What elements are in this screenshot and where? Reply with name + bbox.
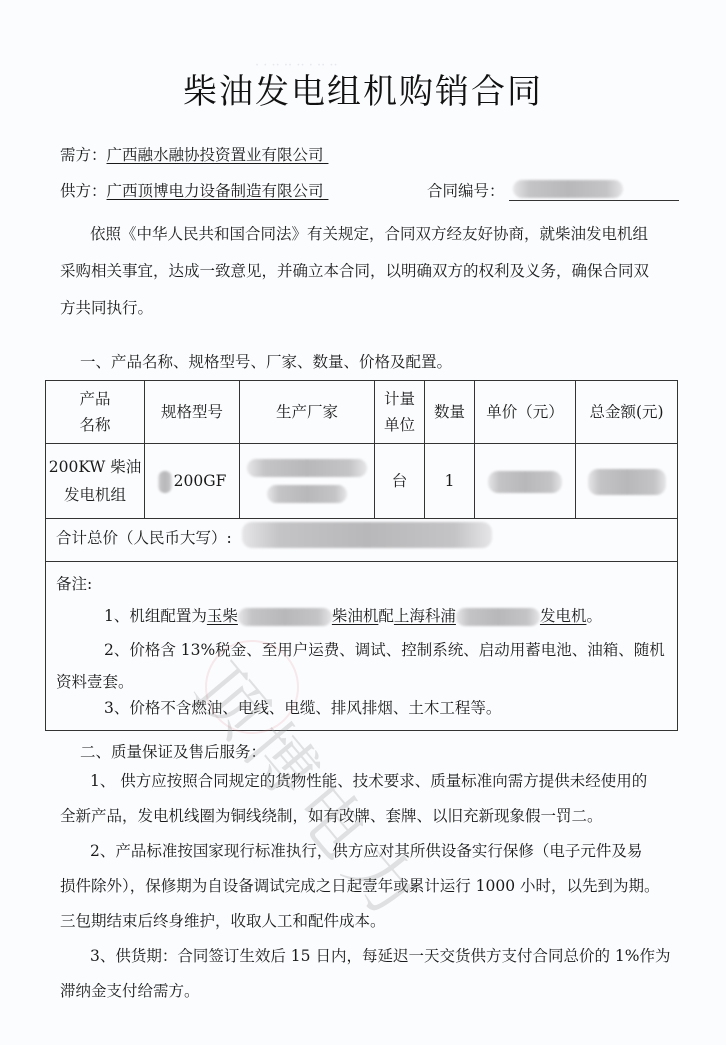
warranty-clause-2-end: 三包期结束后终身维护，收取人工和配件成本。 <box>60 904 672 939</box>
intro-line: 方共同执行。 <box>60 290 672 327</box>
remarks-box: 备注: 1、机组配置为玉柴柴油机配上海科浦发电机。 2、价格含 13%税金、至用… <box>45 562 678 731</box>
seller-name: 广西顶博电力设备制造有限公司 <box>107 182 324 200</box>
section2-heading: 二、质量保证及售后服务： <box>80 740 266 762</box>
contract-page: · · ·· ·· ·· · ·· ·· 柴油发电组机购销合同 需方：广西融水融… <box>0 0 726 1045</box>
cell-product-name: 200KW 柴油发电机组 <box>46 444 145 519</box>
contract-number-label: 合同编号： <box>427 182 505 200</box>
remark-3: 3、价格不含燃油、电线、电缆、排风排烟、土木工程等。 <box>104 696 501 718</box>
col-header-unit-price: 单价（元） <box>475 381 576 444</box>
section2-body: 1、 供方应按照合同规定的货物性能、技术要求、质量标准向需方提供未经使用的 全新… <box>60 764 672 1009</box>
warranty-clause-2: 2、产品标准按国家现行标准执行，供方应对其所供设备实行保修（电子元件及易 <box>90 842 642 860</box>
delivery-clause: 3、供货期：合同签订生效后 15 日内，每延迟一天交货供方支付合同总价的 1%作… <box>90 947 670 965</box>
cell-quantity: 1 <box>425 444 475 519</box>
col-header-unit: 计量单位 <box>375 381 425 444</box>
total-price-redacted <box>242 522 492 548</box>
seller-line: 供方：广西顶博电力设备制造有限公司 <box>60 179 328 201</box>
col-header-total: 总金额(元) <box>576 381 678 444</box>
col-header-model: 规格型号 <box>145 381 240 444</box>
cell-manufacturer-redacted <box>240 444 375 519</box>
total-price-row: 合计总价（人民币大写）: <box>45 512 678 562</box>
document-title: 柴油发电组机购销合同 <box>0 64 726 113</box>
cell-unit-price-redacted <box>475 444 576 519</box>
col-header-product-name: 产品名称 <box>46 381 145 444</box>
intro-line: 采购相关事宜，达成一致意见，并确立本合同，以明确双方的权利及义务，确保合同双 <box>60 253 672 290</box>
product-table: 产品名称 规格型号 生产厂家 计量单位 数量 单价（元） 总金额(元) 200K… <box>45 380 678 519</box>
warranty-clause-1-cont: 全新产品，发电机线圈为铜线绕制，如有改牌、套牌、以旧充新现象假一罚二。 <box>60 799 672 834</box>
cell-total-redacted <box>576 444 678 519</box>
seller-label: 供方： <box>60 182 107 200</box>
table-header-row: 产品名称 规格型号 生产厂家 计量单位 数量 单价（元） 总金额(元) <box>46 381 678 444</box>
delivery-clause-cont: 滞纳金支付给需方。 <box>60 974 672 1009</box>
intro-line: 依照《中华人民共和国合同法》有关规定，合同双方经友好协商，就柴油发电机组 <box>90 225 648 243</box>
remarks-label: 备注: <box>56 572 92 594</box>
cell-model: 200GF <box>145 444 240 519</box>
section1-heading: 一、产品名称、规格型号、厂家、数量、价格及配置。 <box>80 350 452 372</box>
cell-unit: 台 <box>375 444 425 519</box>
table-row: 200KW 柴油发电机组 200GF 台 1 <box>46 444 678 519</box>
buyer-name: 广西融水融协投资置业有限公司 <box>107 146 324 164</box>
warranty-clause-1: 1、 供方应按照合同规定的货物性能、技术要求、质量标准向需方提供未经使用的 <box>90 772 647 790</box>
buyer-label: 需方： <box>60 146 107 164</box>
intro-paragraph: 依照《中华人民共和国合同法》有关规定，合同双方经友好协商，就柴油发电机组 采购相… <box>60 216 672 327</box>
total-price-label: 合计总价（人民币大写）: <box>56 526 232 548</box>
col-header-quantity: 数量 <box>425 381 475 444</box>
contract-number-redacted <box>513 180 623 198</box>
remark-2: 2、价格含 13%税金、至用户运费、调试、控制系统、启动用蓄电池、油箱、随机 资… <box>56 634 668 698</box>
contract-number: 合同编号： <box>427 179 679 201</box>
buyer-line: 需方：广西融水融协投资置业有限公司 <box>60 143 328 165</box>
col-header-manufacturer: 生产厂家 <box>240 381 375 444</box>
warranty-clause-2-cont: 损件除外），保修期为自设备调试完成之日起壹年或累计运行 1000 小时，以先到为… <box>60 869 672 904</box>
remark-1: 1、机组配置为玉柴柴油机配上海科浦发电机。 <box>104 604 602 626</box>
